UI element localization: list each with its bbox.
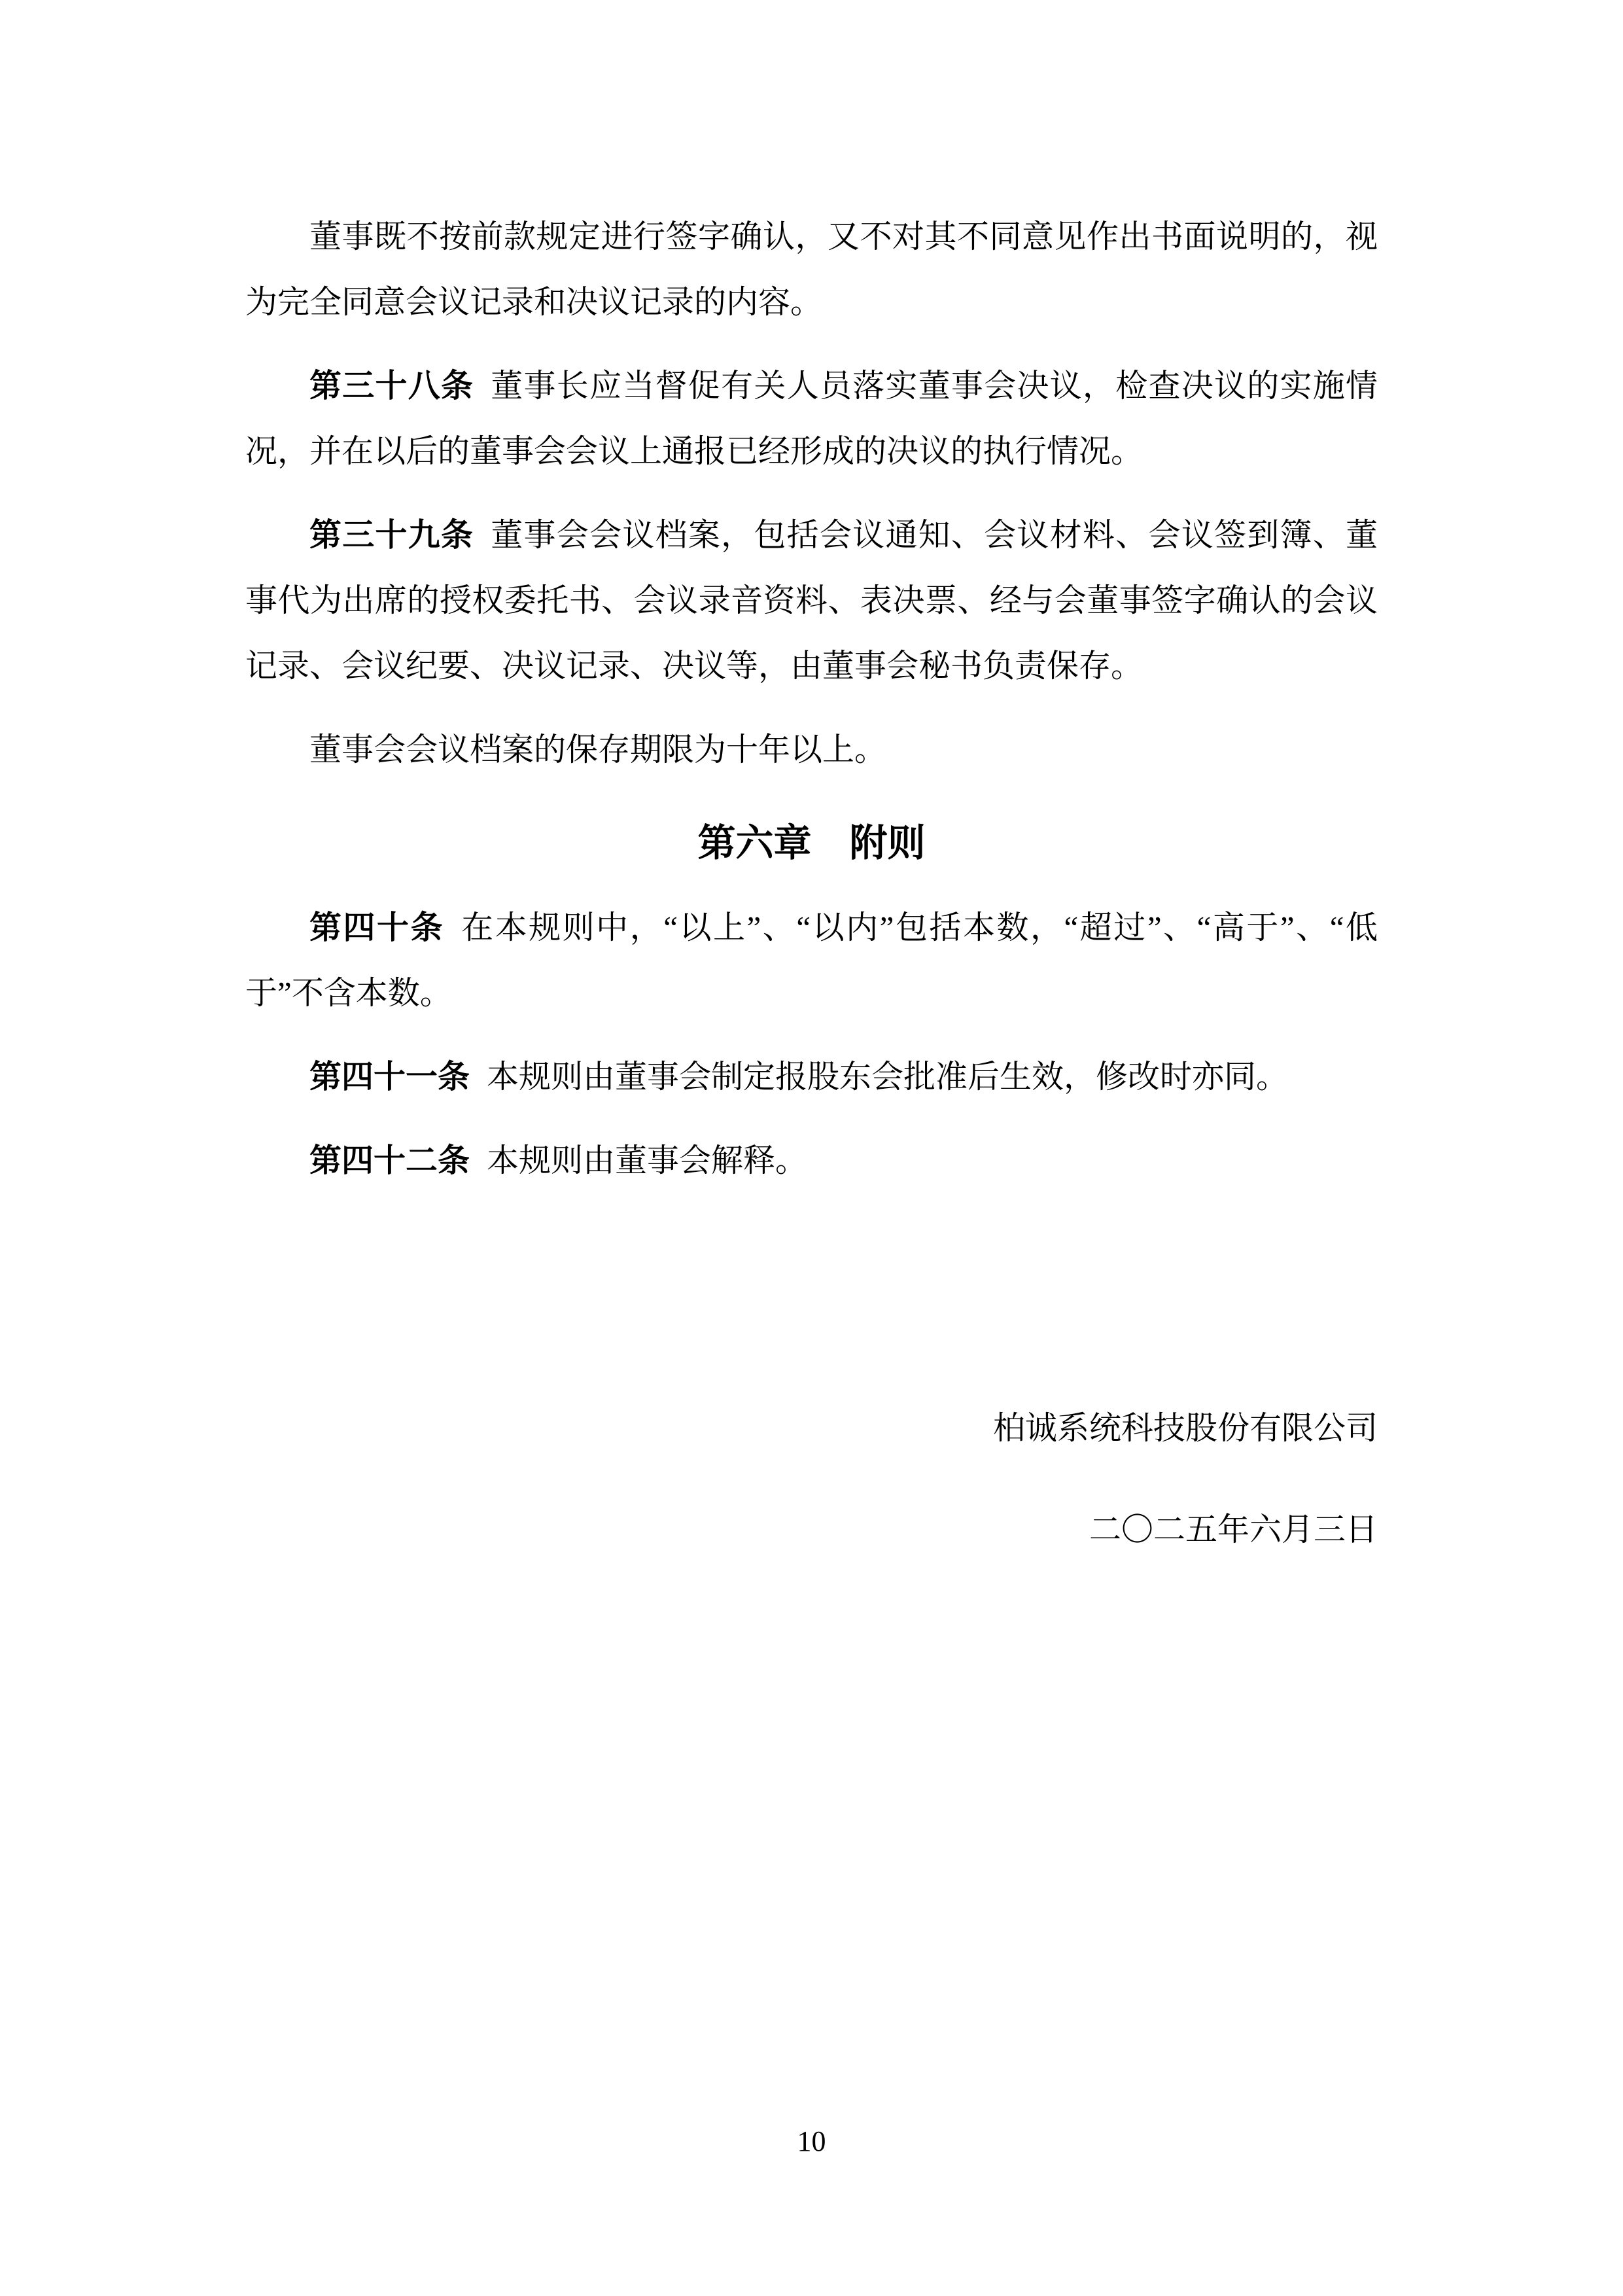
- article-41-lead: 第四十一条: [309, 1059, 470, 1095]
- paragraph-text: 董事会会议档案的保存期限为十年以上。: [309, 732, 886, 768]
- paragraph-text: 本规则由董事会解释。: [487, 1142, 807, 1178]
- paragraph-sign-confirmation: 董事既不按前款规定进行签字确认，又不对其不同意见作出书面说明的，视为完全同意会议…: [245, 204, 1378, 335]
- document-body: 董事既不按前款规定进行签字确认，又不对其不同意见作出书面说明的，视为完全同意会议…: [245, 204, 1378, 1563]
- paragraph-article-40: 第四十条在本规则中，“以上”、“以内”包括本数，“超过”、“高于”、“低于”不含…: [245, 895, 1378, 1026]
- paragraph-text: 董事既不按前款规定进行签字确认，又不对其不同意见作出书面说明的，视为完全同意会议…: [245, 219, 1378, 320]
- paragraph-article-41: 第四十一条本规则由董事会制定报股东会批准后生效，修改时亦同。: [245, 1044, 1378, 1110]
- document-page: 董事既不按前款规定进行签字确认，又不对其不同意见作出书面说明的，视为完全同意会议…: [0, 0, 1623, 2296]
- paragraph-archive-retention: 董事会会议档案的保存期限为十年以上。: [245, 717, 1378, 783]
- article-39-lead: 第三十九条: [309, 517, 474, 553]
- page-number: 10: [0, 2127, 1623, 2156]
- signature-date: 二〇二五年六月三日: [245, 1497, 1378, 1563]
- article-42-lead: 第四十二条: [309, 1142, 470, 1178]
- chapter-heading: 第六章 附则: [245, 801, 1378, 886]
- signature-company-name: 柏诚系统科技股份有限公司: [245, 1396, 1378, 1461]
- article-38-lead: 第三十八条: [309, 368, 474, 404]
- paragraph-article-39: 第三十九条董事会会议档案，包括会议通知、会议材料、会议签到簿、董事代为出席的授权…: [245, 503, 1378, 699]
- signature-block: 柏诚系统科技股份有限公司 二〇二五年六月三日: [245, 1396, 1378, 1563]
- paragraph-text: 本规则由董事会制定报股东会批准后生效，修改时亦同。: [487, 1059, 1288, 1095]
- paragraph-article-42: 第四十二条本规则由董事会解释。: [245, 1128, 1378, 1193]
- paragraph-article-38: 第三十八条董事长应当督促有关人员落实董事会决议，检查决议的实施情况，并在以后的董…: [245, 353, 1378, 484]
- article-40-lead: 第四十条: [309, 910, 444, 945]
